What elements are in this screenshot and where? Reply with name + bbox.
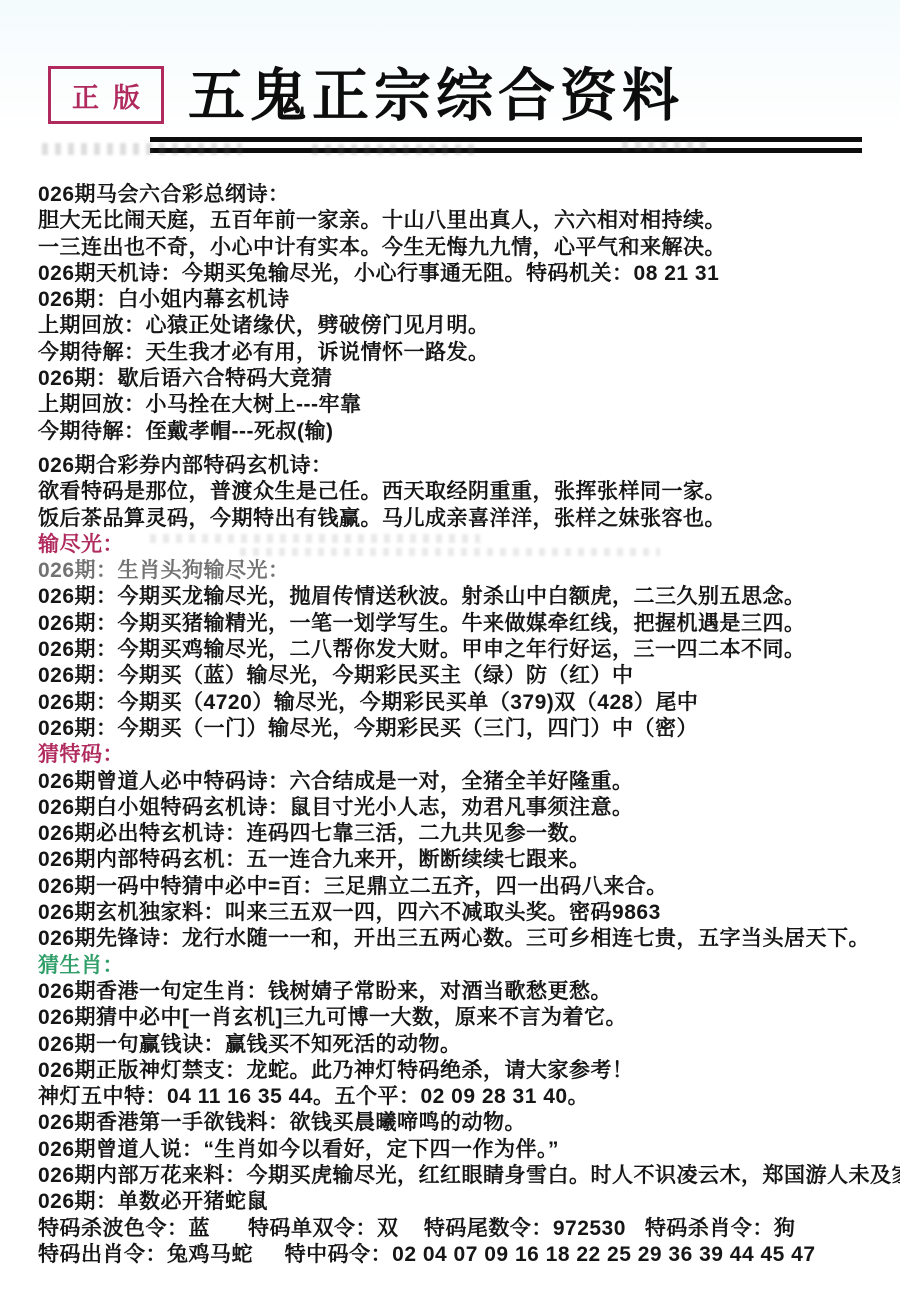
text-line: 026期：单数必开猪蛇鼠 xyxy=(38,1189,886,1215)
text-line: 欲看特码是那位，普渡众生是己任。西天取经阴重重，张挥张样同一家。 xyxy=(38,479,886,505)
text-line: 026期一码中特猜中必中=百：三足鼎立二五齐，四一出码八来合。 xyxy=(38,874,886,900)
text-line: 今期待解：天生我才必有用，诉说情怀一路发。 xyxy=(38,340,886,366)
text-line: 026期：今期买猪输精光，一笔一划学写生。牛来做媒牵红线，把握机遇是三四。 xyxy=(38,611,886,637)
text-line: 026期香港第一手欲钱料：欲钱买晨曦啼鸣的动物。 xyxy=(38,1110,886,1136)
title-underline-bottom xyxy=(150,148,862,153)
text-line: 胆大无比闹天庭，五百年前一家亲。十山八里出真人，六六相对相持续。 xyxy=(38,208,886,234)
text-line: 026期：今期买鸡输尽光，二八帮你发大财。甲申之年行好运，三一四二本不同。 xyxy=(38,637,886,663)
erased-text-smudge xyxy=(312,144,477,155)
text-line: 026期曾道人说：“生肖如今以看好，定下四一作为伴。” xyxy=(38,1137,886,1163)
text-line: 026期白小姐特码玄机诗：鼠目寸光小人志，劝君凡事须注意。 xyxy=(38,795,886,821)
text-line: 输尽光： xyxy=(38,532,886,558)
erased-text-smudge xyxy=(622,141,712,151)
text-line: 026期：今期买龙输尽光，抛眉传情送秋波。射杀山中白额虎，二三久别五思念。 xyxy=(38,584,886,610)
text-line: 026期一句赢钱诀：赢钱买不知死活的动物。 xyxy=(38,1032,886,1058)
text-line: 026期马会六合彩总纲诗： xyxy=(38,182,886,208)
text-line: 026期：白小姐内幕玄机诗 xyxy=(38,287,886,313)
text-line: 026期玄机独家料：叫来三五双一四，四六不减取头奖。密码9863 xyxy=(38,900,886,926)
text-line: 026期天机诗：今期买兔输尽光，小心行事通无阻。特码机关：08 21 31 xyxy=(38,261,886,287)
text-line: 026期：今期买（一门）输尽光，今期彩民买（三门，四门）中（密） xyxy=(38,716,886,742)
text-line: 神灯五中特：04 11 16 35 44。五个平：02 09 28 31 40。 xyxy=(38,1084,886,1110)
scanned-document-page: 正版 五鬼正宗综合资料 026期马会六合彩总纲诗：胆大无比闹天庭，五百年前一家亲… xyxy=(0,0,900,1301)
text-line: 026期：今期买（蓝）输尽光，今期彩民买主（绿）防（红）中 xyxy=(38,663,886,689)
text-line: 026期合彩券内部特码玄机诗： xyxy=(38,453,886,479)
text-line: 026期：歇后语六合特码大竞猜 xyxy=(38,366,886,392)
text-line: 026期猜中必中[一肖玄机]三九可博一大数，原来不言为着它。 xyxy=(38,1005,886,1031)
text-line: 猜特码： xyxy=(38,742,886,768)
text-line: 026期必出特玄机诗：连码四七靠三活，二九共见参一数。 xyxy=(38,821,886,847)
text-line: 026期先锋诗：龙行水随一一和，开出三五两心数。三可乡相连七贵，五字当头居天下。 xyxy=(38,926,886,952)
text-line: 026期：生肖头狗输尽光： xyxy=(38,558,886,584)
authentic-stamp-badge: 正版 xyxy=(48,66,164,124)
badge-label: 正版 xyxy=(72,76,154,115)
text-line: 026期内部特码玄机：五一连合九来开，断断续续七跟来。 xyxy=(38,847,886,873)
text-line: 026期内部万花来料：今期买虎输尽光，红红眼睛身雪白。时人不识凌云木，郑国游人未… xyxy=(38,1163,886,1189)
text-line: 026期正版神灯禁支：龙蛇。此乃神灯特码绝杀，请大家参考！ xyxy=(38,1058,886,1084)
text-line: 026期香港一句定生肖：钱树婧子常盼来，对酒当歌愁更愁。 xyxy=(38,979,886,1005)
title-underline-top xyxy=(150,137,862,142)
text-line: 特码出肖令：兔鸡马蛇 特中码令：02 04 07 09 16 18 22 25 … xyxy=(38,1242,886,1268)
text-line: 一三连出也不奇，小心中计有实本。今生无悔九九情，心平气和来解决。 xyxy=(38,235,886,261)
page-title: 五鬼正宗综合资料 xyxy=(188,50,684,132)
text-line: 今期待解：侄戴孝帽---死叔(输) xyxy=(38,419,886,445)
erased-text-smudge xyxy=(42,143,242,155)
text-line: 上期回放：心猿正处诸缘伏，劈破傍门见月明。 xyxy=(38,313,886,339)
text-line: 026期：今期买（4720）输尽光，今期彩民买单（379)双（428）尾中 xyxy=(38,690,886,716)
text-line: 猜生肖： xyxy=(38,953,886,979)
text-line: 饭后茶品算灵码，今期特出有钱赢。马儿成亲喜洋洋，张样之妹张容也。 xyxy=(38,506,886,532)
text-line: 特码杀波色令：蓝 特码单双令：双 特码尾数令：972530 特码杀肖令：狗 xyxy=(38,1216,886,1242)
text-line: 上期回放：小马拴在大树上---牢靠 xyxy=(38,392,886,418)
document-body: 026期马会六合彩总纲诗：胆大无比闹天庭，五百年前一家亲。十山八里出真人，六六相… xyxy=(38,182,886,1268)
text-line: 026期曾道人必中特码诗：六合结成是一对，全猪全羊好隆重。 xyxy=(38,769,886,795)
